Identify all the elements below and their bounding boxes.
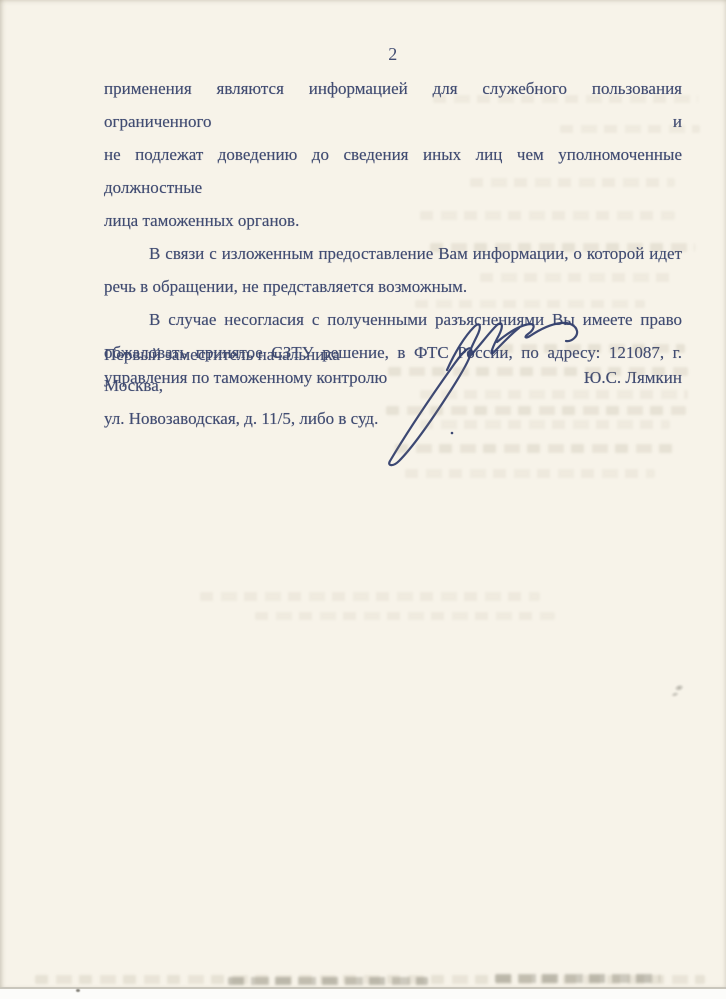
signer-name: Ю.С. Лямкин bbox=[584, 366, 682, 389]
bleedthrough-artifact bbox=[495, 974, 660, 983]
text-line: лица таможенных органов. bbox=[104, 204, 682, 237]
text-line: речь в обращении, не представляется возм… bbox=[104, 270, 682, 303]
bleedthrough-artifact bbox=[35, 975, 705, 984]
signer-title-line: управления по таможенному контролю bbox=[104, 366, 387, 389]
signer-title: Первый заместитель начальника управления… bbox=[104, 343, 387, 389]
bleedthrough-artifact bbox=[200, 592, 540, 601]
paragraph-1: применения являются информацией для служ… bbox=[104, 72, 682, 237]
paragraph-2: В связи с изложенным предоставление Вам … bbox=[104, 237, 682, 303]
text-line: применения являются информацией для служ… bbox=[104, 72, 682, 138]
scan-speck bbox=[76, 989, 80, 992]
signer-title-line: Первый заместитель начальника bbox=[104, 343, 387, 366]
paper-sheet: 2 применения являются информацией для сл… bbox=[0, 0, 726, 989]
page-number: 2 bbox=[104, 44, 682, 65]
scan-smudge-spot bbox=[666, 680, 692, 701]
scanned-letter-page: 2 применения являются информацией для сл… bbox=[0, 0, 726, 999]
bleedthrough-artifact bbox=[228, 977, 428, 985]
handwritten-signature-ink bbox=[373, 313, 585, 473]
text-line: не подлежат доведению до сведения иных л… bbox=[104, 138, 682, 204]
scanner-background bbox=[0, 989, 726, 999]
text-line: В связи с изложенным предоставление Вам … bbox=[104, 237, 682, 270]
bleedthrough-artifact bbox=[255, 612, 555, 620]
